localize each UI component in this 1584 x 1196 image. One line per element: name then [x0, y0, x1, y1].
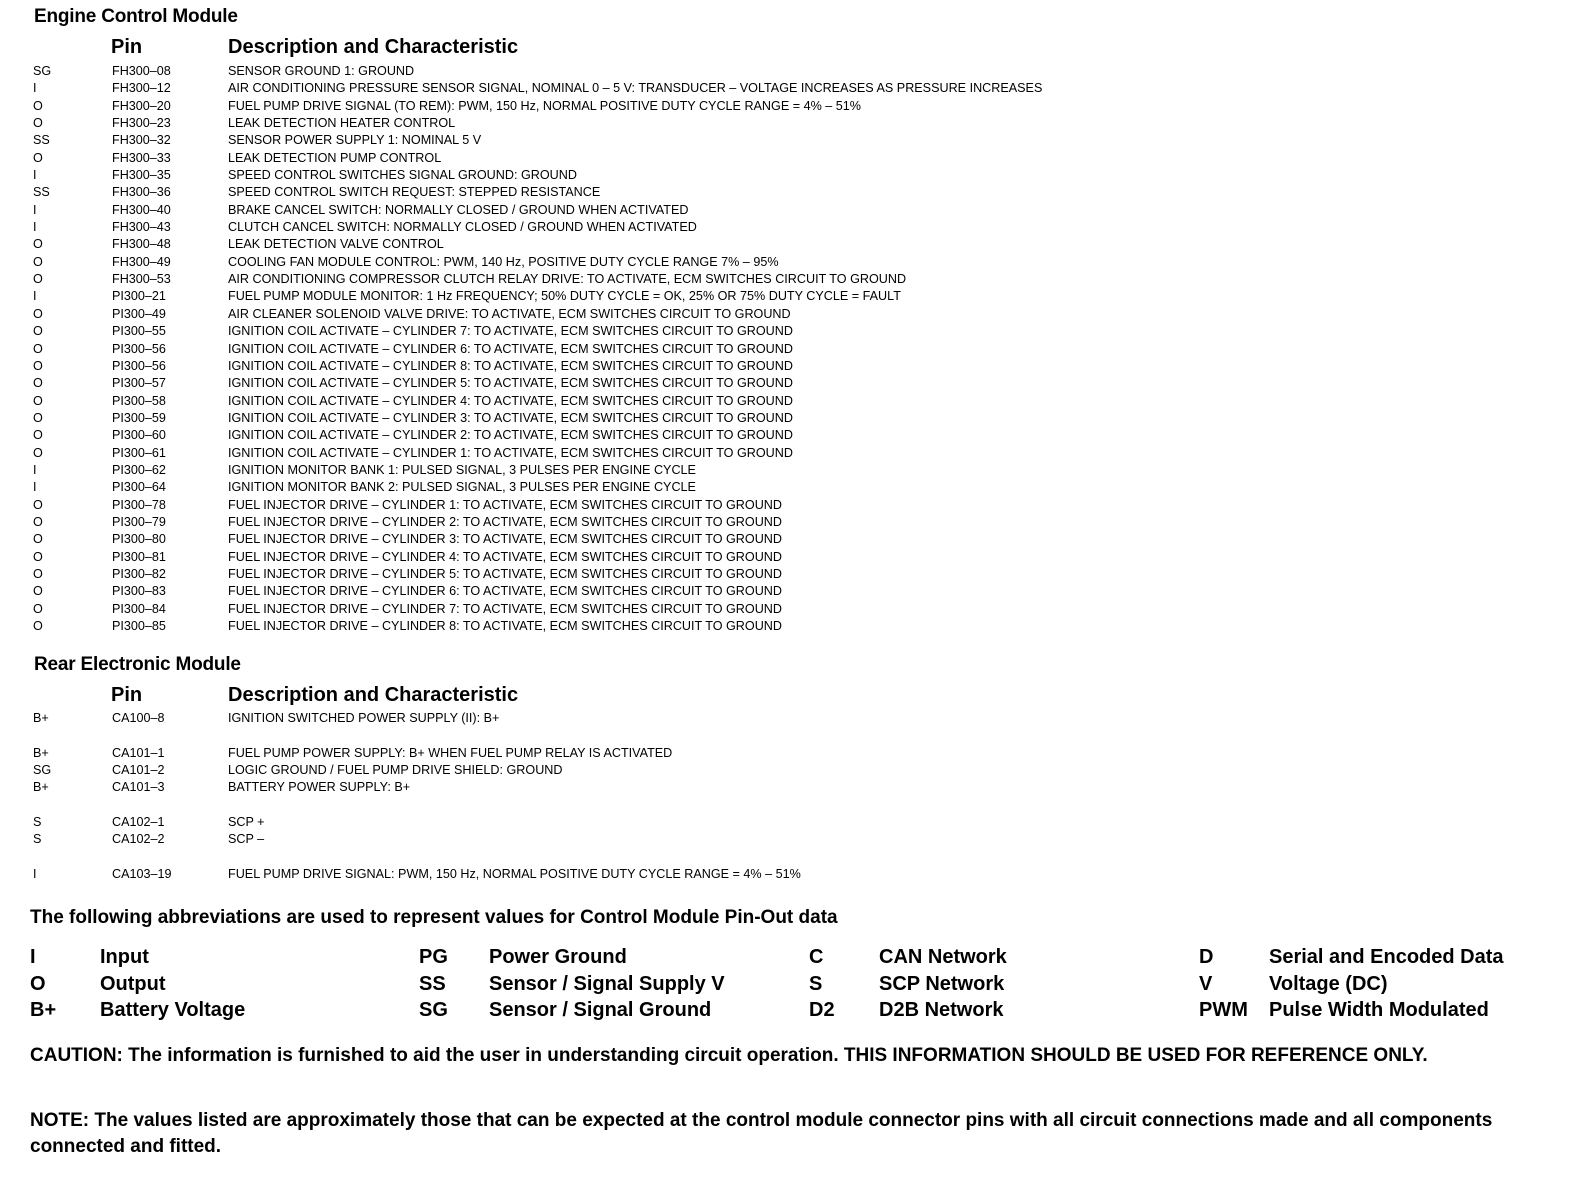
pin-description: SENSOR GROUND 1: GROUND: [228, 63, 414, 80]
pin-description: IGNITION COIL ACTIVATE – CYLINDER 8: TO …: [228, 358, 793, 375]
pin-type: O: [33, 341, 103, 358]
pin-description: SCP –: [228, 831, 264, 848]
pin-type: O: [33, 271, 103, 288]
pin-type: S: [33, 831, 103, 848]
pin-type: I: [33, 288, 103, 305]
abbreviation-code: PWM: [1199, 997, 1248, 1024]
abbreviations-intro: The following abbreviations are used to …: [30, 907, 838, 929]
pin-type: O: [33, 601, 103, 618]
pin-id: CA101–1: [112, 745, 222, 762]
pin-id: PI300–79: [112, 514, 222, 531]
pin-type: O: [33, 583, 103, 600]
rem-pin-header: Pin: [111, 684, 142, 707]
pin-id: FH300–40: [112, 202, 222, 219]
pin-description: AIR CLEANER SOLENOID VALVE DRIVE: TO ACT…: [228, 306, 791, 323]
abbreviation-code: I: [30, 944, 36, 971]
pin-type: B+: [33, 745, 103, 762]
pin-id: CA101–2: [112, 762, 222, 779]
abbreviation-meaning: Output: [100, 971, 166, 998]
abbreviation-code: V: [1199, 971, 1212, 998]
pin-description: FUEL INJECTOR DRIVE – CYLINDER 6: TO ACT…: [228, 583, 782, 600]
rem-section-title: Rear Electronic Module: [34, 654, 241, 676]
pin-type: O: [33, 358, 103, 375]
abbreviation-meaning: Sensor / Signal Supply V: [489, 971, 725, 998]
pin-description: CLUTCH CANCEL SWITCH: NORMALLY CLOSED / …: [228, 219, 697, 236]
pin-id: PI300–56: [112, 341, 222, 358]
pin-type: O: [33, 254, 103, 271]
pin-description: FUEL INJECTOR DRIVE – CYLINDER 4: TO ACT…: [228, 549, 782, 566]
abbreviation-code: B+: [30, 997, 56, 1024]
abbreviation-meaning: Pulse Width Modulated: [1269, 997, 1489, 1024]
pin-type: O: [33, 427, 103, 444]
pin-type: O: [33, 618, 103, 635]
pin-id: FH300–49: [112, 254, 222, 271]
pin-id: FH300–20: [112, 98, 222, 115]
ecm-pin-header: Pin: [111, 36, 142, 59]
pin-type: O: [33, 514, 103, 531]
pin-id: PI300–55: [112, 323, 222, 340]
pin-description: AIR CONDITIONING COMPRESSOR CLUTCH RELAY…: [228, 271, 906, 288]
abbreviation-code: C: [809, 944, 823, 971]
pin-description: LEAK DETECTION HEATER CONTROL: [228, 115, 455, 132]
pin-id: PI300–60: [112, 427, 222, 444]
abbreviation-code: SG: [419, 997, 448, 1024]
pin-description: FUEL INJECTOR DRIVE – CYLINDER 2: TO ACT…: [228, 514, 782, 531]
pin-description: IGNITION SWITCHED POWER SUPPLY (II): B+: [228, 710, 499, 727]
pin-id: FH300–35: [112, 167, 222, 184]
pin-id: CA101–3: [112, 779, 222, 796]
pin-id: PI300–61: [112, 445, 222, 462]
pin-type: O: [33, 323, 103, 340]
pin-id: FH300–43: [112, 219, 222, 236]
pin-type: O: [33, 306, 103, 323]
pin-id: PI300–57: [112, 375, 222, 392]
pin-description: IGNITION COIL ACTIVATE – CYLINDER 1: TO …: [228, 445, 793, 462]
pin-id: FH300–36: [112, 184, 222, 201]
pin-type: I: [33, 80, 103, 97]
pin-description: LEAK DETECTION PUMP CONTROL: [228, 150, 441, 167]
pin-description: IGNITION COIL ACTIVATE – CYLINDER 7: TO …: [228, 323, 793, 340]
pin-description: LOGIC GROUND / FUEL PUMP DRIVE SHIELD: G…: [228, 762, 562, 779]
pin-id: PI300–83: [112, 583, 222, 600]
pin-id: PI300–59: [112, 410, 222, 427]
pin-type: B+: [33, 710, 103, 727]
pin-type: I: [33, 479, 103, 496]
pin-type: O: [33, 566, 103, 583]
pin-id: PI300–78: [112, 497, 222, 514]
pin-type: O: [33, 531, 103, 548]
pin-type: O: [33, 236, 103, 253]
pin-description: FUEL INJECTOR DRIVE – CYLINDER 5: TO ACT…: [228, 566, 782, 583]
pin-id: PI300–82: [112, 566, 222, 583]
pin-type: SG: [33, 762, 103, 779]
pin-id: PI300–80: [112, 531, 222, 548]
rem-desc-header: Description and Characteristic: [228, 684, 518, 707]
pin-type: SS: [33, 132, 103, 149]
pin-id: CA100–8: [112, 710, 222, 727]
pin-type: O: [33, 393, 103, 410]
pin-description: FUEL INJECTOR DRIVE – CYLINDER 8: TO ACT…: [228, 618, 782, 635]
pin-description: FUEL INJECTOR DRIVE – CYLINDER 1: TO ACT…: [228, 497, 782, 514]
pin-description: IGNITION COIL ACTIVATE – CYLINDER 4: TO …: [228, 393, 793, 410]
pin-id: PI300–21: [112, 288, 222, 305]
pin-type: I: [33, 462, 103, 479]
pin-id: PI300–64: [112, 479, 222, 496]
pin-description: FUEL PUMP DRIVE SIGNAL: PWM, 150 Hz, NOR…: [228, 866, 801, 883]
note-text: NOTE: The values listed are approximatel…: [30, 1108, 1510, 1160]
abbreviation-code: D: [1199, 944, 1213, 971]
abbreviation-meaning: Serial and Encoded Data: [1269, 944, 1504, 971]
pin-id: CA102–2: [112, 831, 222, 848]
abbreviation-code: PG: [419, 944, 448, 971]
ecm-section-title: Engine Control Module: [34, 6, 238, 28]
pin-description: COOLING FAN MODULE CONTROL: PWM, 140 Hz,…: [228, 254, 779, 271]
pin-id: PI300–49: [112, 306, 222, 323]
pin-type: I: [33, 202, 103, 219]
pin-id: FH300–08: [112, 63, 222, 80]
pin-id: FH300–53: [112, 271, 222, 288]
pin-id: PI300–85: [112, 618, 222, 635]
pin-type: O: [33, 445, 103, 462]
pin-id: FH300–32: [112, 132, 222, 149]
pin-description: FUEL INJECTOR DRIVE – CYLINDER 3: TO ACT…: [228, 531, 782, 548]
pin-description: IGNITION MONITOR BANK 1: PULSED SIGNAL, …: [228, 462, 696, 479]
pin-description: SPEED CONTROL SWITCH REQUEST: STEPPED RE…: [228, 184, 600, 201]
pin-description: BATTERY POWER SUPPLY: B+: [228, 779, 410, 796]
pin-id: PI300–62: [112, 462, 222, 479]
pin-id: CA102–1: [112, 814, 222, 831]
pin-type: SG: [33, 63, 103, 80]
pin-description: FUEL PUMP MODULE MONITOR: 1 Hz FREQUENCY…: [228, 288, 901, 305]
pin-id: FH300–48: [112, 236, 222, 253]
caution-text: CAUTION: The information is furnished to…: [30, 1043, 1510, 1069]
abbreviation-meaning: SCP Network: [879, 971, 1004, 998]
pin-description: IGNITION COIL ACTIVATE – CYLINDER 5: TO …: [228, 375, 793, 392]
pin-id: PI300–58: [112, 393, 222, 410]
pin-id: CA103–19: [112, 866, 222, 883]
pin-description: AIR CONDITIONING PRESSURE SENSOR SIGNAL,…: [228, 80, 1042, 97]
pin-description: IGNITION COIL ACTIVATE – CYLINDER 2: TO …: [228, 427, 793, 444]
abbreviation-code: SS: [419, 971, 446, 998]
pin-type: S: [33, 814, 103, 831]
pin-id: PI300–84: [112, 601, 222, 618]
pin-id: FH300–33: [112, 150, 222, 167]
pin-type: O: [33, 549, 103, 566]
pin-type: B+: [33, 779, 103, 796]
pin-type: I: [33, 866, 103, 883]
pin-id: PI300–56: [112, 358, 222, 375]
abbreviation-meaning: CAN Network: [879, 944, 1007, 971]
pin-description: IGNITION COIL ACTIVATE – CYLINDER 3: TO …: [228, 410, 793, 427]
abbreviation-meaning: Battery Voltage: [100, 997, 245, 1024]
abbreviation-meaning: Sensor / Signal Ground: [489, 997, 711, 1024]
pin-description: SCP +: [228, 814, 265, 831]
pin-type: I: [33, 167, 103, 184]
abbreviation-meaning: Power Ground: [489, 944, 627, 971]
pin-description: FUEL PUMP DRIVE SIGNAL (TO REM): PWM, 15…: [228, 98, 861, 115]
abbreviation-code: S: [809, 971, 822, 998]
pin-type: O: [33, 410, 103, 427]
pin-description: FUEL INJECTOR DRIVE – CYLINDER 7: TO ACT…: [228, 601, 782, 618]
pin-type: O: [33, 98, 103, 115]
abbreviation-meaning: Input: [100, 944, 149, 971]
abbreviation-code: D2: [809, 997, 835, 1024]
pin-id: FH300–23: [112, 115, 222, 132]
pin-type: O: [33, 375, 103, 392]
pin-description: IGNITION COIL ACTIVATE – CYLINDER 6: TO …: [228, 341, 793, 358]
abbreviation-code: O: [30, 971, 46, 998]
pin-description: BRAKE CANCEL SWITCH: NORMALLY CLOSED / G…: [228, 202, 688, 219]
pin-description: IGNITION MONITOR BANK 2: PULSED SIGNAL, …: [228, 479, 696, 496]
pin-type: I: [33, 219, 103, 236]
pin-description: SENSOR POWER SUPPLY 1: NOMINAL 5 V: [228, 132, 481, 149]
pin-description: LEAK DETECTION VALVE CONTROL: [228, 236, 444, 253]
abbreviation-meaning: Voltage (DC): [1269, 971, 1388, 998]
pin-id: FH300–12: [112, 80, 222, 97]
abbreviation-meaning: D2B Network: [879, 997, 1003, 1024]
pin-type: O: [33, 115, 103, 132]
ecm-desc-header: Description and Characteristic: [228, 36, 518, 59]
pin-id: PI300–81: [112, 549, 222, 566]
pin-type: O: [33, 150, 103, 167]
pin-type: O: [33, 497, 103, 514]
pin-description: FUEL PUMP POWER SUPPLY: B+ WHEN FUEL PUM…: [228, 745, 672, 762]
pin-description: SPEED CONTROL SWITCHES SIGNAL GROUND: GR…: [228, 167, 577, 184]
pin-type: SS: [33, 184, 103, 201]
